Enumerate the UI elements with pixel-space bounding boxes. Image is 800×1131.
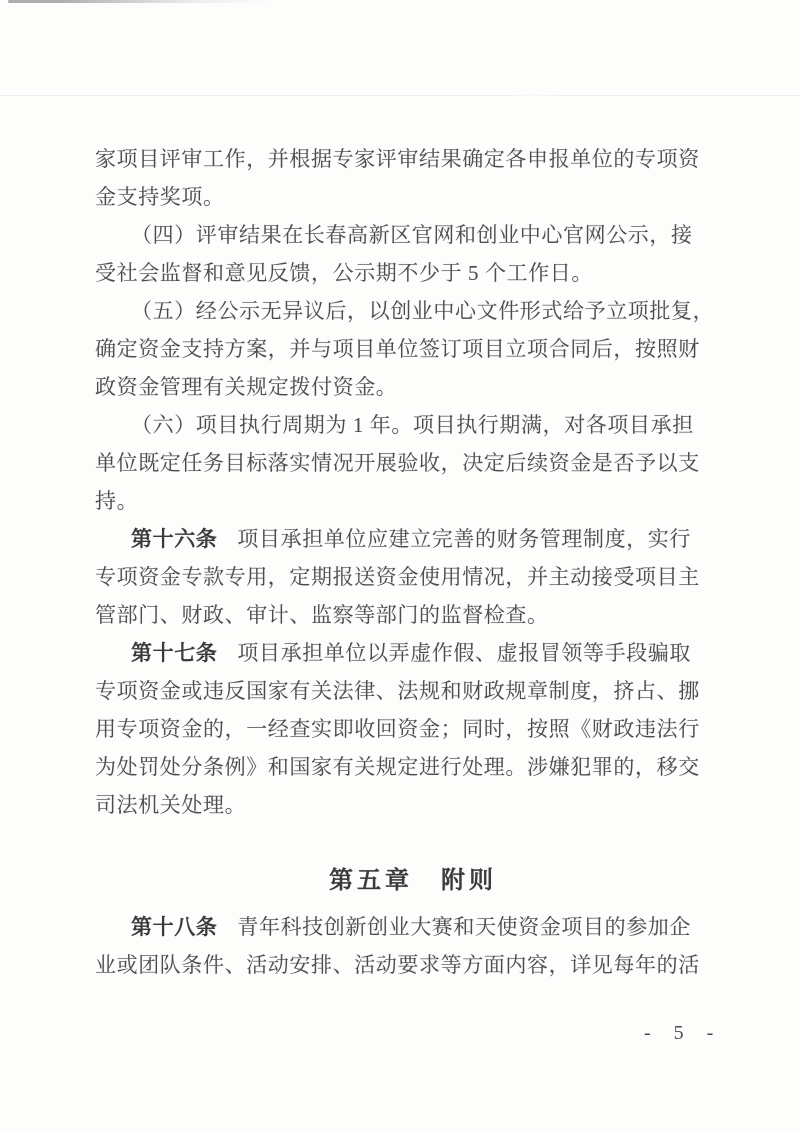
text-line: 受社会监督和意见反馈，公示期不少于 5 个工作日。 [95, 254, 707, 292]
line-text: 项目承担单位应建立完善的财务管理制度，实行 [237, 527, 691, 551]
page-number: - 5 - [644, 1022, 722, 1045]
text-line: 管部门、财政、审计、监察等部门的监督检查。 [95, 596, 707, 634]
text-line: （六）项目执行周期为 1 年。项目执行期满，对各项目承担 [95, 406, 707, 444]
article-number: 第十七条 [131, 641, 217, 665]
text-line: 确定资金支持方案，并与项目单位签订项目立项合同后，按照财 [95, 330, 707, 368]
article-number: 第十八条 [131, 915, 217, 939]
text-line: 司法机关处理。 [95, 786, 707, 824]
scan-line-artifact [0, 95, 800, 96]
article-number: 第十六条 [131, 527, 217, 551]
text-line: 单位既定任务目标落实情况开展验收，决定后续资金是否予以支 [95, 444, 707, 482]
chapter-heading: 第五章 附则 [107, 862, 719, 900]
text-line: 专项资金或违反国家有关法律、法规和财政规章制度，挤占、挪 [95, 672, 707, 710]
text-line: 第十六条项目承担单位应建立完善的财务管理制度，实行 [95, 520, 707, 558]
text-line: （五）经公示无异议后，以创业中心文件形式给予立项批复， [95, 292, 707, 330]
text-line: 第十七条项目承担单位以弄虚作假、虚报冒领等手段骗取 [95, 634, 707, 672]
text-line: 用专项资金的，一经查实即收回资金；同时，按照《财政违法行 [95, 710, 707, 748]
line-text: 项目承担单位以弄虚作假、虚报冒领等手段骗取 [237, 641, 691, 665]
line-text: 青年科技创新创业大赛和天使资金项目的参加企 [237, 915, 691, 939]
text-line: 金支持奖项。 [95, 178, 707, 216]
text-line: 专项资金专款专用，定期报送资金使用情况，并主动接受项目主 [95, 558, 707, 596]
text-line: 政资金管理有关规定拨付资金。 [95, 368, 707, 406]
document-page: 家项目评审工作，并根据专家评审结果确定各申报单位的专项资金支持奖项。（四）评审结… [0, 0, 800, 1131]
scan-smudge-artifact [8, 0, 276, 3]
text-line: 家项目评审工作，并根据专家评审结果确定各申报单位的专项资 [95, 140, 707, 178]
text-line: （四）评审结果在长春高新区官网和创业中心官网公示，接 [95, 216, 707, 254]
text-line: 第十八条青年科技创新创业大赛和天使资金项目的参加企 [95, 908, 707, 946]
document-body: 家项目评审工作，并根据专家评审结果确定各申报单位的专项资金支持奖项。（四）评审结… [95, 140, 707, 984]
text-line: 为处罚处分条例》和国家有关规定进行处理。涉嫌犯罪的，移交 [95, 748, 707, 786]
text-line: 持。 [95, 482, 707, 520]
text-line: 业或团队条件、活动安排、活动要求等方面内容，详见每年的活 [95, 946, 707, 984]
